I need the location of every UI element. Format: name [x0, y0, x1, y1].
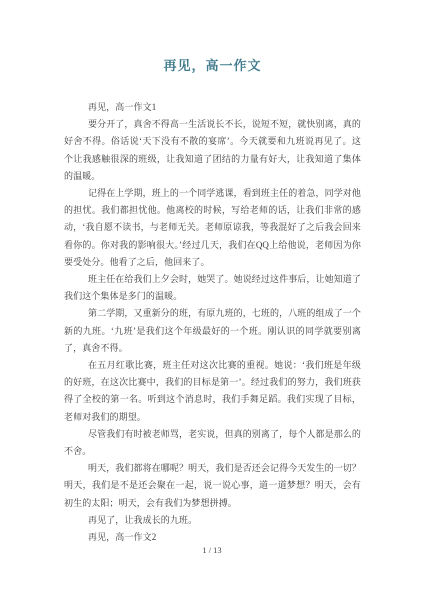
essay-paragraph: 明天，我们都将在哪呢？明天，我们是否还会记得今天发生的一切？明天，我们是不是还会… — [64, 460, 361, 512]
essay-paragraph: 尽管我们有时被老师骂，老实说，但真的别离了，每个人都是那么的不舍。 — [64, 426, 361, 460]
essay-paragraph: 在五月红歌比赛，班主任对这次比赛的重视。她说：‘我们班是年级的好班，在这次比赛中… — [64, 357, 361, 426]
essay-paragraph: 班主任在给我们上夕会时，她哭了。她说经过这件事后，让她知道了我们这个集体是多门的… — [64, 271, 361, 305]
essay-paragraph: 记得在上学期，班上的一个同学逃课，看到班主任的着急，同学对他的担忧。我们都担忧他… — [64, 185, 361, 271]
essay-paragraph: 再见，高一作文1 — [64, 99, 361, 116]
page-number-indicator: 1 / 13 — [0, 545, 424, 555]
essay-paragraph: 第二学期，又重新分的班，有原九班的，七班的，八班的组成了一个新的九班。‘九班’是… — [64, 305, 361, 357]
essay-body: 再见，高一作文1要分开了，真舍不得高一生活说长不长，说短不短，就快别离，真的好舍… — [64, 99, 361, 546]
essay-paragraph: 再见了，让我成长的九班。 — [64, 512, 361, 529]
essay-paragraph: 再见，高一作文2 — [64, 529, 361, 546]
essay-paragraph: 要分开了，真舍不得高一生活说长不长，说短不短，就快别离，真的好舍不得。俗话说‘天… — [64, 116, 361, 185]
essay-title: 再见，高一作文 — [64, 55, 361, 74]
document-page: 再见，高一作文 再见，高一作文1要分开了，真舍不得高一生活说长不长，说短不短，就… — [0, 0, 424, 600]
